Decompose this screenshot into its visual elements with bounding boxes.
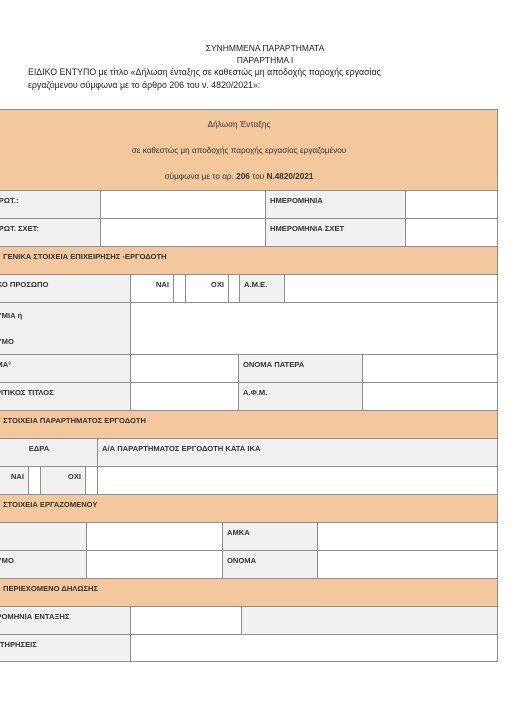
form-title-line-3: σύμφωνα με το αρ. 206 του Ν.4820/2021 [0,164,497,190]
title-text: του [250,172,267,181]
natural-person-yes-label: ΝΑΙ [130,274,174,303]
distinctive-title-field[interactable] [130,382,239,411]
name-field[interactable] [317,550,498,579]
seat-yes-label: ΝΑΙ [0,466,29,495]
amka-field[interactable] [317,522,498,551]
remarks-field[interactable] [130,634,498,662]
company-name-field[interactable] [130,302,498,355]
join-date-field[interactable] [130,606,242,635]
join-date-label: ΜΕΡΟΜΗΝΙΑ ΕΝΤΑΞΗΣ [0,606,131,635]
first-name-label: ΝΟΜΑ³ [0,354,131,383]
natural-person-no-label: ΟΧΙ [185,274,229,303]
company-name-label-line1: ΩΝΥΜΙΑ ή [0,303,126,329]
section-content: ΠΕΡΙΕΧΟΜΕΝΟ ΔΗΛΩΣΗΣ [0,578,498,607]
section-employee: ΣΤΟΙΧΕΙΑ ΕΡΓΑΖΟΜΕΝΟΥ [0,494,498,523]
form-title-line-1: Δήλωση Ένταξης [0,112,497,138]
date-label: ΗΜΕΡΟΜΗΝΙΑ [265,190,406,219]
surname-field[interactable] [86,550,223,579]
law-number: Ν.4820/2021 [267,172,314,181]
intro-line-1: ΕΙΔΙΚΟ ΕΝΤΥΠΟ με τίτλο «Δήλωση ένταξης σ… [28,67,508,77]
ame-field[interactable] [284,274,498,303]
distinctive-title-label: ΑΚΡΙΤΙΚΟΣ ΤΙΤΛΟΣ [0,382,131,411]
company-name-label: ΩΝΥΜΙΑ ήΩΝΥΜΟ [0,302,131,355]
father-name-label: ΟΝΟΜΑ ΠΑΤΕΡΑ [238,354,363,383]
branch-ika-label: Α/Α ΠΑΡΑΡΤΗΜΑΤΟΣ ΕΡΓΟΔΟΤΗ ΚΑΤΑ ΙΚΑ [97,438,498,467]
afm-field[interactable] [362,382,498,411]
remarks-label: ΑΡΑΤΗΡΗΣΕΙΣ [0,634,131,662]
section-branch: ΣΤΟΙΧΕΙΑ ΠΑΡΑΡΤΗΜΑΤΟΣ ΕΡΓΟΔΟΤΗ [0,410,498,439]
amka-label: ΑΜΚΑ [222,522,318,551]
article-number: 206 [236,172,250,181]
protocol-number-field[interactable] [100,190,266,219]
related-date-label: ΗΜΕΡΟΜΗΝΙΑ ΣΧΕΤ [265,218,406,247]
related-protocol-field[interactable] [100,218,266,247]
ame-label: Α.Μ.Ε. [239,274,285,303]
date-field[interactable] [405,190,498,219]
section-employer: ΓΕΝΙΚΑ ΣΤΟΙΧΕΙΑ ΕΠΙΧΕΙΡΗΣΗΣ -ΕΡΓΟΔΟΤΗ [0,246,498,275]
employee-afm-field[interactable] [86,522,223,551]
related-protocol-label: Ρ. ΠΡΩΤ. ΣΧΕΤ: [0,218,101,247]
related-date-field[interactable] [405,218,498,247]
form-title: Δήλωση Ένταξης σε καθεστώς μη αποδοχής π… [0,109,498,191]
annex-heading: ΣΥΝΗΜΜΕΝΑ ΠΑΡΑΡΤΗΜΑΤΑ [0,43,530,53]
title-text: σύμφωνα με το αρ. [165,172,237,181]
form-title-line-2: σε καθεστώς μη αποδοχής παροχής εργασίας… [0,138,497,164]
natural-person-label: ΥΣΙΚΟ ΠΡΟΣΩΠΟ [0,274,131,303]
father-name-field[interactable] [362,354,498,383]
seat-no-label: ΟΧΙ [40,466,86,495]
declaration-form: Δήλωση Ένταξης σε καθεστώς μη αποδοχής π… [0,109,498,661]
branch-ika-field[interactable] [97,466,498,495]
intro-line-2: εργαζόμενου σύμφωνα με το άρθρο 206 του … [28,80,508,90]
name-label: ΟΝΟΜΑ [222,550,318,579]
first-name-field[interactable] [130,354,239,383]
company-name-label-line2: ΩΝΥΜΟ [0,329,126,355]
protocol-number-label: Ρ. ΠΡΩΤ.: [0,190,101,219]
surname-label: ΩΝΥΜΟ [0,550,87,579]
join-date-blank [241,606,498,635]
annex-subheading: ΠΑΡΑΡΤΗΜΑ Ι [0,55,530,65]
seat-label: ΕΔΡΑ [0,438,98,467]
afm-label: Α.Φ.Μ. [238,382,363,411]
employee-afm-label: ΦΜ [0,522,87,551]
